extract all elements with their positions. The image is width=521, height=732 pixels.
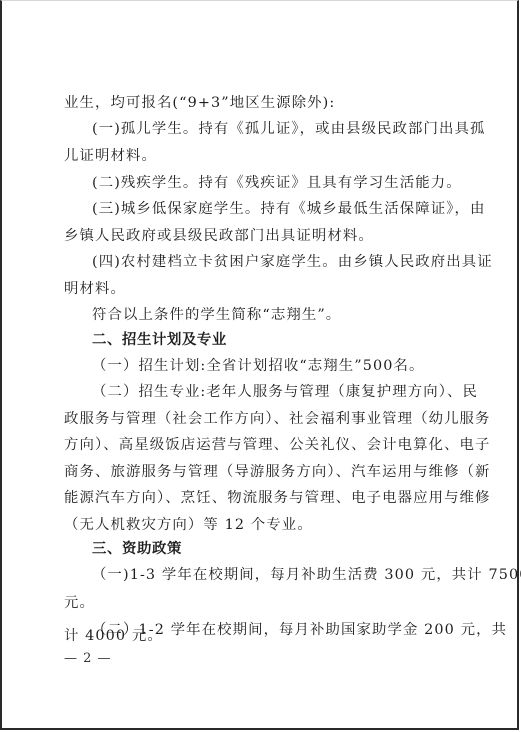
page-number: — 2 —	[64, 651, 112, 666]
section-heading: 三、资助政策	[92, 540, 182, 558]
paragraph-line: (二)残疾学生。持有《残疾证》且具有学习生活能力。	[92, 174, 462, 192]
paragraph-line: 元。	[64, 594, 95, 612]
paragraph-line: (一)孤儿学生。持有《孤儿证》，或由县级民政部门出具孤	[92, 120, 486, 138]
paragraph-line: 明材料。	[64, 280, 126, 298]
paragraph-line: 能源汽车方向）、烹饪、物流服务与管理、电子电器应用与维修	[64, 489, 458, 507]
paragraph-line: (三)城乡低保家庭学生。持有《城乡最低生活保障证》，由	[92, 200, 486, 218]
paragraph-line: （一）招生计划:全省计划招收“志翔生”500名。	[92, 357, 424, 375]
paragraph-line: 商务、旅游服务与管理（导游服务方向）、汽车运用与维修（新	[64, 463, 458, 481]
paragraph-line: (四)农村建档立卡贫困户家庭学生。由乡镇人民政府出具证	[92, 253, 493, 271]
paragraph-line: 计 4000 元。	[64, 627, 163, 645]
paragraph-line: 业生，均可报名(“9+3”地区生源除外):	[64, 94, 335, 112]
paragraph-line: （一)1-3 学年在校期间，每月补助生活费 300 元，共计 7500	[92, 566, 521, 584]
paragraph-line: 乡镇人民政府或县级民政部门出具证明材料。	[64, 227, 374, 245]
paragraph-line: 儿证明材料。	[64, 147, 157, 165]
paragraph-line: 符合以上条件的学生简称“志翔生”。	[92, 306, 341, 324]
paragraph-line: （无人机救灾方向）等 12 个专业。	[64, 516, 313, 534]
section-heading: 二、招生计划及专业	[92, 331, 227, 349]
paragraph-line: 方向）、高星级饭店运营与管理、公关礼仪、会计电算化、电子	[64, 436, 458, 454]
paragraph-line: （二）招生专业:老年人服务与管理（康复护理方向）、民	[92, 383, 478, 401]
paragraph-line: 政服务与管理（社会工作方向）、社会福利事业管理（幼儿服务	[64, 410, 458, 428]
